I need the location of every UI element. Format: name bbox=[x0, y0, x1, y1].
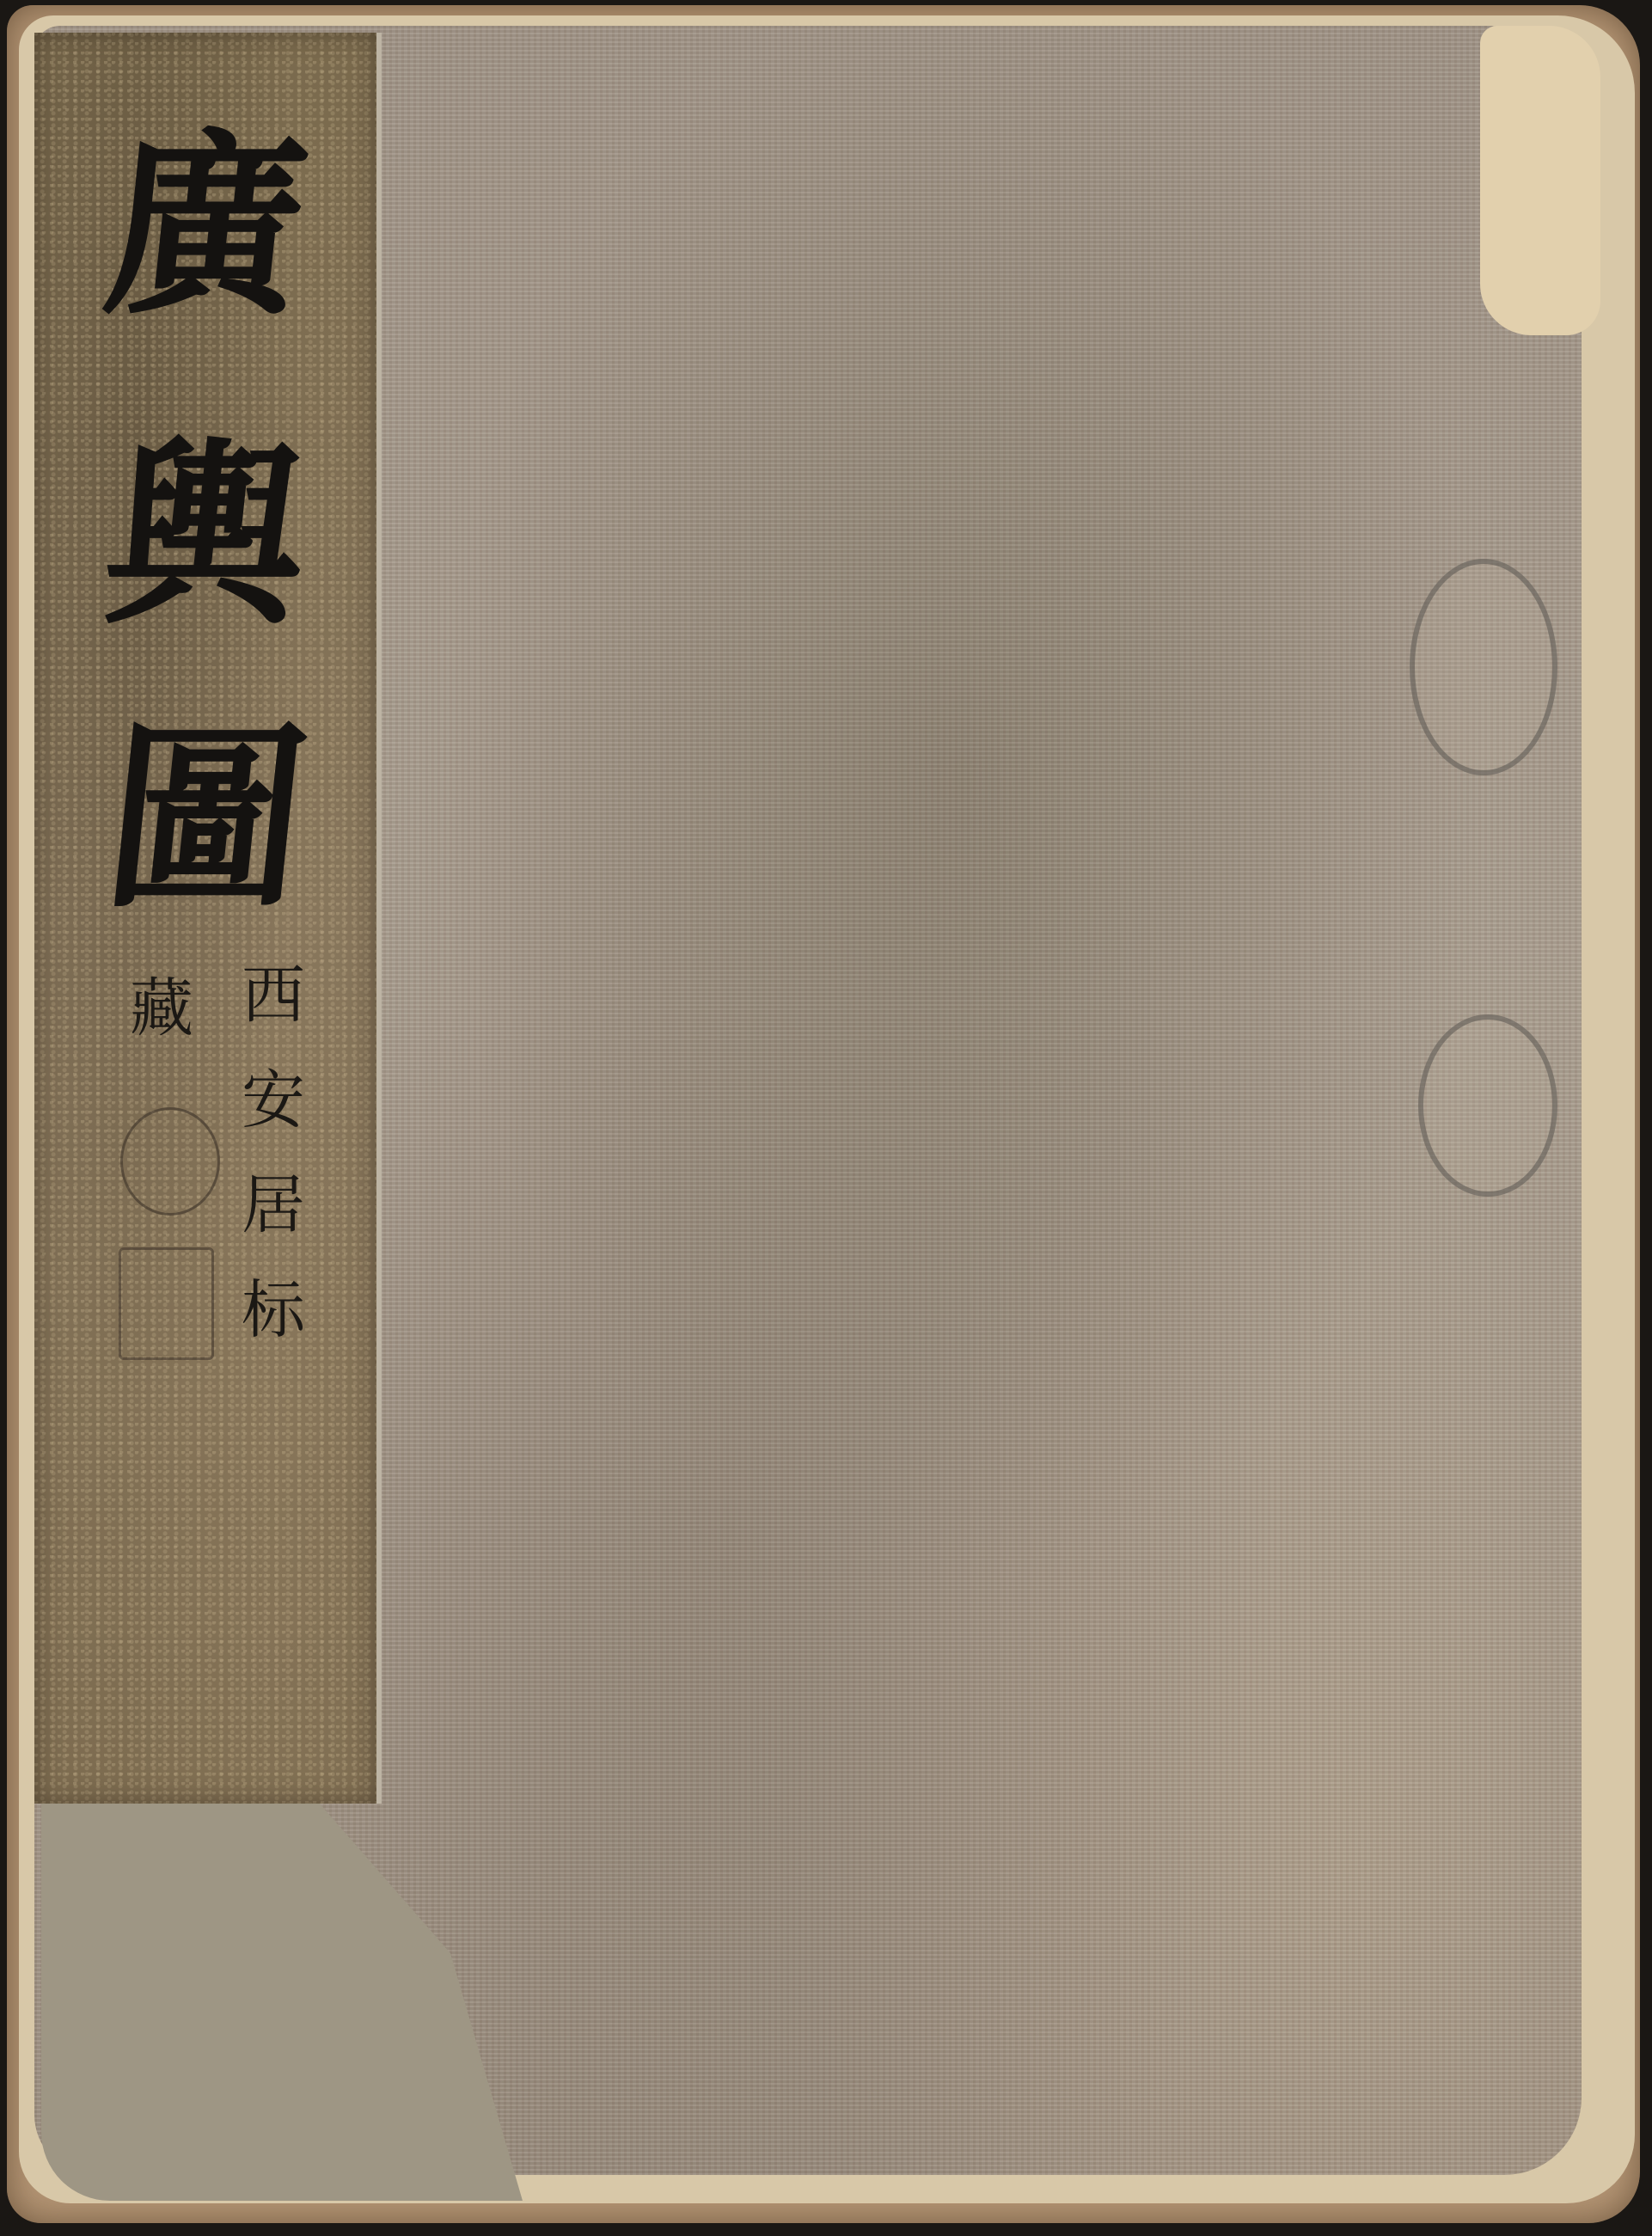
round-seal-mark bbox=[120, 1107, 220, 1216]
water-stain bbox=[1410, 559, 1557, 775]
collection-mark: 藏 bbox=[125, 974, 188, 1079]
water-stain bbox=[1418, 1014, 1557, 1197]
torn-corner bbox=[1480, 26, 1600, 335]
title-char-1: 廣 bbox=[84, 127, 328, 325]
title-char-2: 輿 bbox=[84, 437, 328, 634]
title-slip: 廣 輿 圖 西安居标 藏 bbox=[34, 33, 382, 1804]
title-char-3: 圖 bbox=[84, 720, 328, 918]
square-seal-mark bbox=[119, 1247, 214, 1360]
owner-inscription: 西安居标 bbox=[236, 961, 300, 1381]
